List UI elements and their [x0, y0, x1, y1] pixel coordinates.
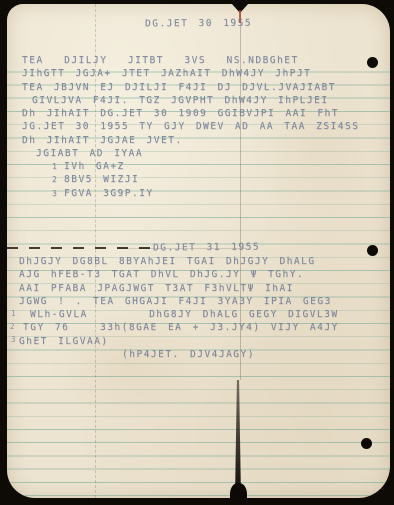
date-heading-middle: DG.JET 31 1955 — [153, 242, 260, 254]
letter-line: GIVLJVA F4JI. TGZ JGVPHT DhW4JY IhPLJEI — [22, 94, 359, 107]
letter-line: TGY 76 33h(8GAE EA + J3.JY4) VIJY A4JY — [19, 321, 339, 334]
letter-body-second-section: DhJGJY DG8BL 8BYAhJEI TGAI DhJGJY DhALG … — [19, 255, 339, 361]
letter-line: (hP4JET. DJV4JAGY) — [19, 348, 339, 361]
letter-line: JGWG ! . TEA GHGAJI F4JI 3YA3Y IPIA GEG3 — [19, 295, 339, 308]
margin-number: 3 — [11, 335, 21, 344]
list-number: 1 — [52, 160, 64, 173]
letter-line: AJG hFEB-T3 TGAT DhVL DhJG.JY Ψ TGhY. — [19, 268, 339, 281]
list-item: 28BV5 WIZJI — [22, 173, 359, 186]
lined-paper-scan: DG.JET 30 1955 TEA DJILJY JITBT 3VS NS.N… — [7, 4, 390, 498]
hole-punch-top — [367, 57, 378, 68]
list-heading: JGIABT AD IYAA — [22, 147, 359, 160]
list-item: 1IVh GA+Z — [22, 160, 359, 173]
letter-line: Dh JIhAIT DG.JET 30 1909 GGIBVJPI AAI Fh… — [22, 107, 359, 120]
margin-number: 1 — [11, 309, 21, 318]
paper-tear-gap — [230, 483, 247, 498]
list-number: 3 — [52, 187, 64, 200]
letter-line: JIhGTT JGJA+ JTET JAZhAIT DhW4JY JhPJT — [22, 67, 359, 80]
letter-line: AAI PFABA JPAGJWGT T3AT F3hVLTΨ IhAI — [19, 282, 339, 295]
letter-body-first-section: TEA DJILJY JITBT 3VS NS.NDBGhET JIhGTT J… — [22, 54, 359, 200]
list-item-text: FGVA 3G9P.IY — [64, 188, 154, 199]
letter-line: DhJGJY DG8BL 8BYAhJEI TGAI DhJGJY DhALG — [19, 255, 339, 268]
letter-line: WLh-GVLA DhG8JY DhALG GEGY DIGVL3W — [19, 308, 339, 321]
letter-line: Dh JIhAIT JGJAE JVET. — [22, 134, 359, 147]
letter-line: JG.JET 30 1955 TY GJY DWEV AD AA TAA ZSI… — [22, 120, 359, 133]
list-item-text: 8BV5 WIZJI — [64, 174, 139, 185]
list-number: 2 — [52, 173, 64, 186]
list-item: 3FGVA 3G9P.IY — [22, 187, 359, 200]
letter-line: TEA DJILJY JITBT 3VS NS.NDBGhET — [22, 54, 359, 67]
hole-punch-bottom — [361, 438, 372, 449]
date-heading-top: DG.JET 30 1955 — [145, 18, 252, 30]
hole-punch-middle — [367, 245, 378, 256]
list-item-text: IVh GA+Z — [64, 161, 125, 172]
letter-line: TEA JBJVN EJ DJILJI F4JI DJ DJVL.JVAJIAB… — [22, 81, 359, 94]
margin-number: 2 — [10, 322, 20, 331]
letter-line: GhET ILGVAA) — [19, 335, 339, 348]
